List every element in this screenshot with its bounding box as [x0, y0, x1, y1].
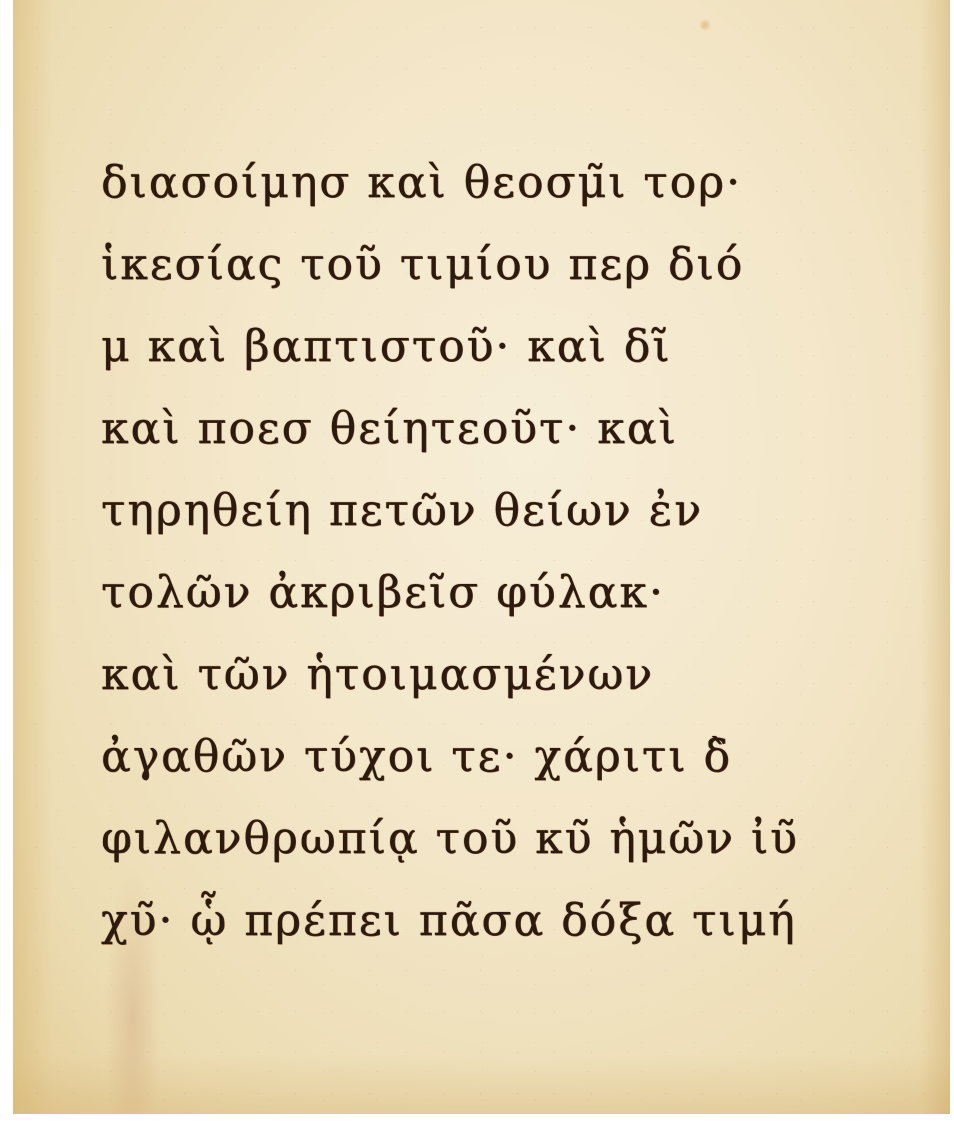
- manuscript-line-7: καὶ τῶν ἡτοιμασμένων: [101, 634, 821, 716]
- manuscript-line-10: χυ̃· ᾧ πρέπει πᾶσα δόξα τιμή: [101, 880, 821, 962]
- manuscript-page: διασοίμησ καὶ θεοσμ̃ι τορ· ἱκεσίας τοῦ τ…: [13, 0, 950, 1114]
- manuscript-line-8: ἀγαθῶν τύχοι τε· χάριτι δ̀: [101, 716, 821, 798]
- manuscript-line-4: καὶ ποεσ θείητεοῦτ· καὶ: [101, 388, 821, 470]
- manuscript-line-5: τηρηθείη πετῶν θείων ἐν: [101, 470, 821, 552]
- manuscript-line-6: τολῶν ἀκριβεῖσ φύλακ·: [101, 552, 821, 634]
- manuscript-text-block: διασοίμησ καὶ θεοσμ̃ι τορ· ἱκεσίας τοῦ τ…: [101, 142, 821, 962]
- manuscript-line-2: ἱκεσίας τοῦ τιμίου περ διό: [101, 224, 821, 306]
- manuscript-line-3: μ καὶ βαπτιστοῦ· καὶ δι̃: [101, 306, 821, 388]
- manuscript-line-9: φιλανθρωπίᾳ τοῦ κυ̃ ἡμῶν ἰυ̃: [101, 798, 821, 880]
- manuscript-line-1: διασοίμησ καὶ θεοσμ̃ι τορ·: [101, 142, 821, 224]
